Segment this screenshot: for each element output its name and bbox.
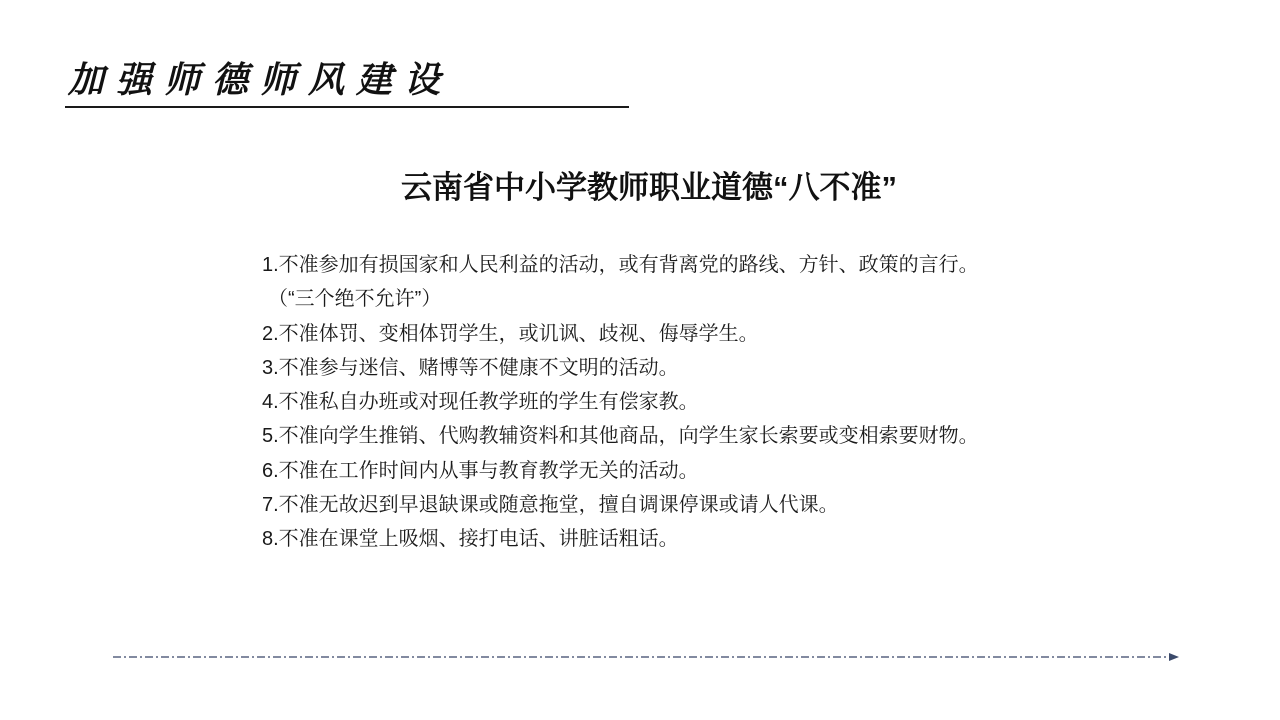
rule-item-1: 1.不准参加有损国家和人民利益的活动，或有背离党的路线、方针、政策的言行。 (262, 248, 979, 282)
rule-item-6: 6.不准在工作时间内从事与教育教学无关的活动。 (262, 454, 979, 488)
rule-item-3: 3.不准参与迷信、赌博等不健康不文明的活动。 (262, 351, 979, 385)
section-heading: 云南省中小学教师职业道德“八不准” (0, 168, 1280, 208)
rules-list: 1.不准参加有损国家和人民利益的活动，或有背离党的路线、方针、政策的言行。 （“… (262, 248, 979, 557)
rule-item-5: 5.不准向学生推销、代购教辅资料和其他商品，向学生家长索要或变相索要财物。 (262, 419, 979, 453)
rule-item-7: 7.不准无故迟到早退缺课或随意拖堂，擅自调课停课或请人代课。 (262, 488, 979, 522)
rule-item-8: 8.不准在课堂上吸烟、接打电话、讲脏话粗话。 (262, 522, 979, 556)
arrow-right-icon (1169, 653, 1179, 661)
decorative-dashed-arrow-line (113, 652, 1179, 662)
slide-title: 加强师德师风建设 (68, 56, 452, 104)
rule-item-1-note: （“三个绝不允许”） (262, 282, 979, 316)
rule-item-4: 4.不准私自办班或对现任教学班的学生有偿家教。 (262, 385, 979, 419)
rule-item-2: 2.不准体罚、变相体罚学生，或讥讽、歧视、侮辱学生。 (262, 317, 979, 351)
title-underline (65, 106, 629, 108)
